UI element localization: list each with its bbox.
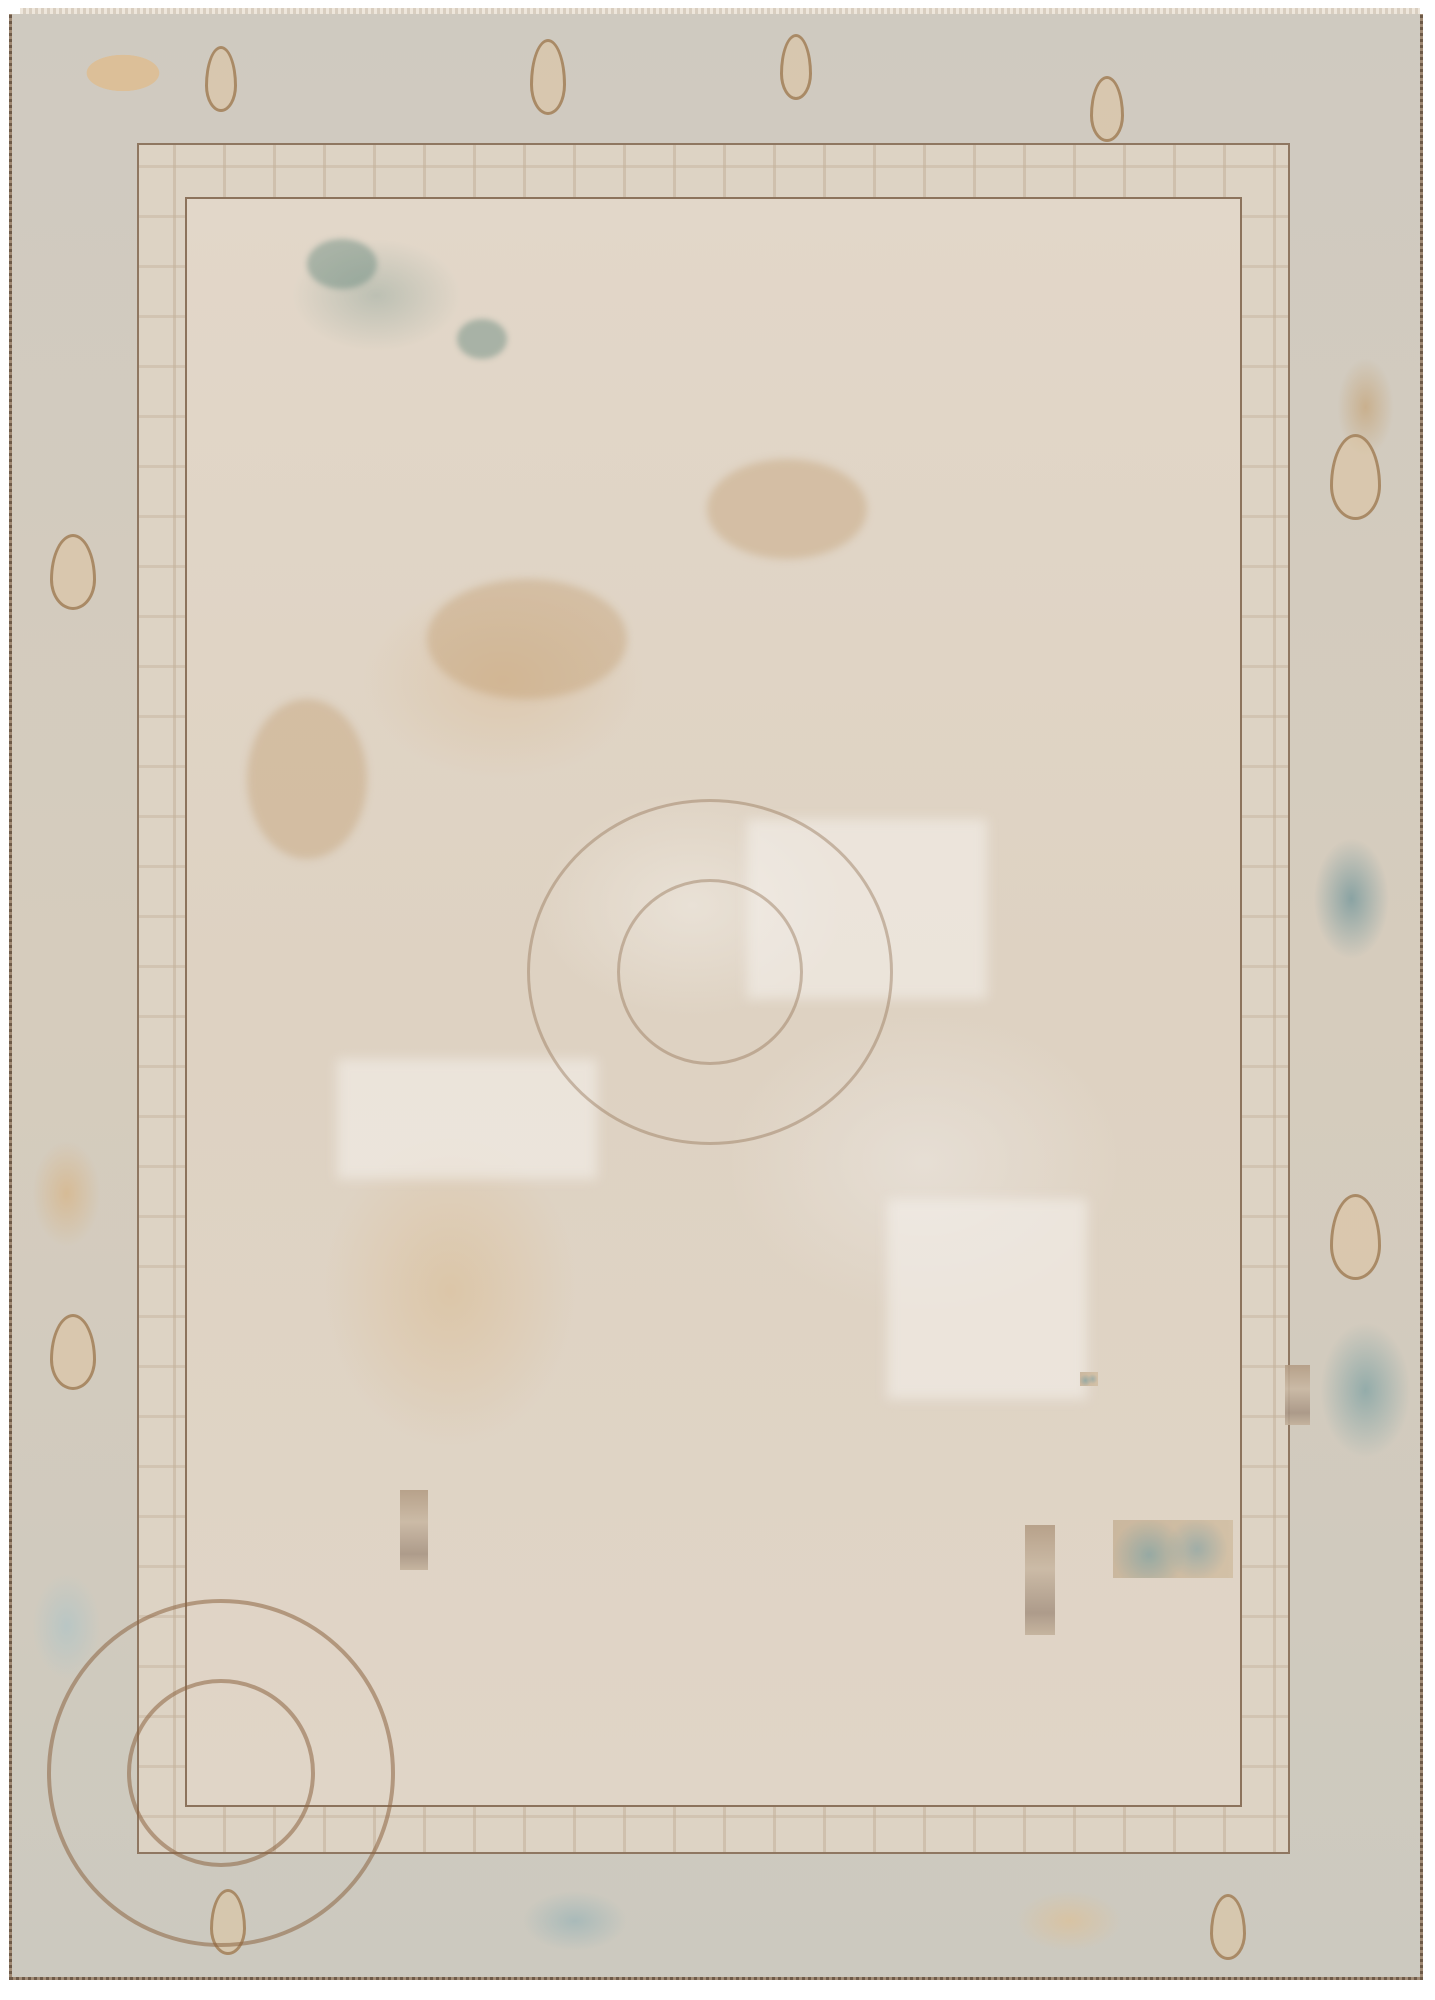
- repair-patch: [1285, 1365, 1310, 1425]
- corner-medallion-inner: [127, 1679, 315, 1867]
- rug-bottom-edge: [10, 1977, 1422, 1980]
- repair-patch: [400, 1490, 428, 1570]
- rug-field: [185, 197, 1242, 1807]
- worn-area: [337, 1059, 597, 1179]
- teal-stain: [457, 319, 507, 359]
- teal-stain: [307, 239, 377, 289]
- repair-patch: [1025, 1525, 1055, 1635]
- rug-left-edge: [9, 14, 12, 1980]
- ochre-wear: [247, 699, 367, 859]
- photo-canvas: [0, 0, 1435, 2000]
- ochre-wear: [707, 459, 867, 559]
- rug-right-edge: [1420, 14, 1423, 1980]
- repair-patch: [1080, 1372, 1098, 1386]
- central-medallion-inner: [617, 879, 803, 1065]
- repair-patch: [1113, 1520, 1233, 1578]
- ochre-wear: [427, 579, 627, 699]
- worn-area: [887, 1199, 1087, 1399]
- rug: [10, 14, 1422, 1980]
